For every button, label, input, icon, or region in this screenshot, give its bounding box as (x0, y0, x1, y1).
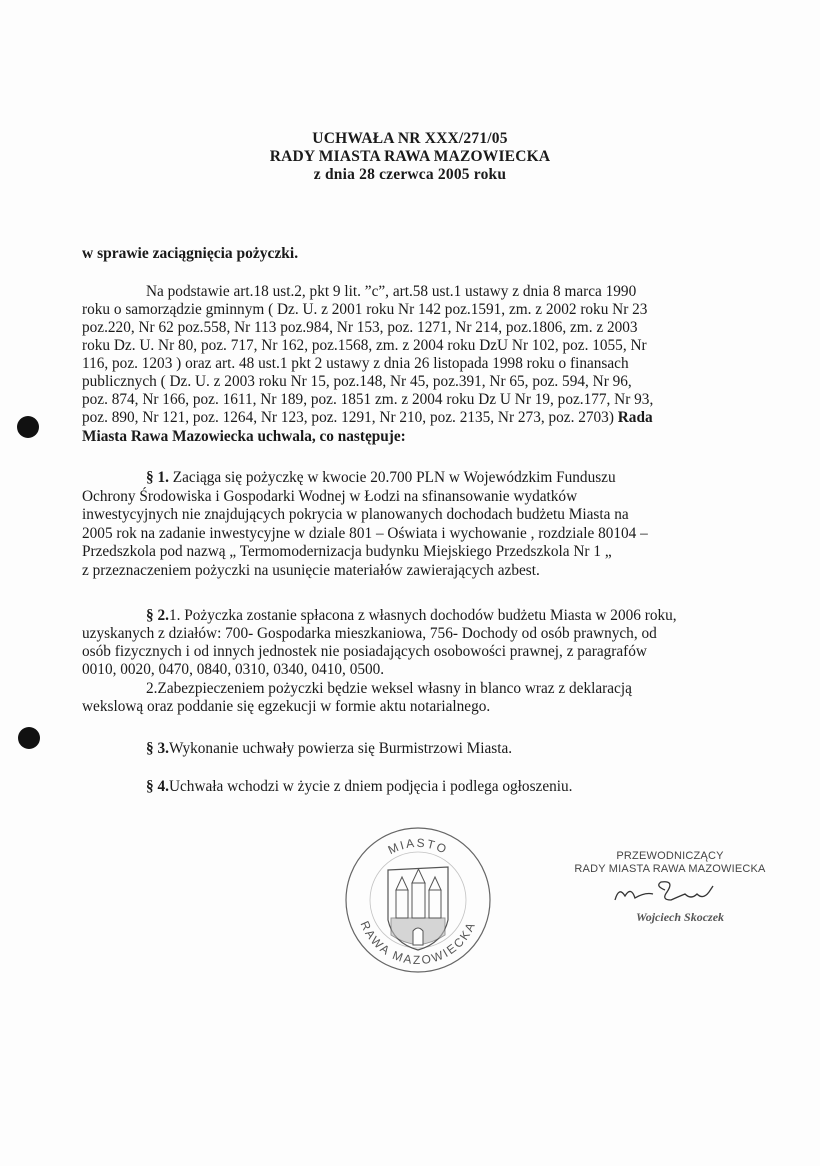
section-4-text: Uchwała wchodzi w życie z dniem podjęcia… (169, 778, 573, 795)
punch-hole-lower (18, 727, 40, 749)
section-1-line: inwestycyjnych nie znajdujących pokrycia… (82, 506, 629, 523)
enacting-clause: Miasta Rawa Mazowiecka uchwala, co nastę… (82, 428, 406, 445)
section-2-line: 2.Zabezpieczeniem pożyczki będzie weksel… (146, 680, 632, 697)
section-2-line: § 2.1. Pożyczka zostanie spłacona z włas… (146, 607, 677, 624)
section-4: § 4.Uchwała wchodzi w życie z dniem podj… (146, 778, 572, 795)
section-1-line: § 1. Zaciąga się pożyczkę w kwocie 20.70… (146, 469, 616, 486)
preamble-line: roku Dz. U. Nr 80, poz. 717, Nr 162, poz… (82, 337, 647, 354)
resolution-number: UCHWAŁA NR XXX/271/05 (0, 130, 820, 148)
handwritten-signature-icon (605, 878, 735, 908)
preamble-bold-tail: Rada (618, 409, 653, 426)
section-3-text: Wykonanie uchwały powierza się Burmistrz… (169, 740, 512, 757)
preamble-line: poz. 890, Nr 121, poz. 1264, Nr 123, poz… (82, 409, 653, 426)
city-seal-stamp: MIASTO RAWA MAZOWIECKA (343, 825, 493, 975)
preamble-line-text: poz. 890, Nr 121, poz. 1264, Nr 123, poz… (82, 409, 618, 426)
section-2-line: wekslową oraz poddanie się egzekucji w f… (82, 698, 490, 715)
punch-hole-upper (17, 416, 39, 438)
section-4-mark: § 4. (146, 778, 169, 795)
signatory-title: PRZEWODNICZĄCY (560, 850, 780, 863)
document-page: UCHWAŁA NR XXX/271/05 RADY MIASTA RAWA M… (0, 0, 820, 1166)
section-1-line: 2005 rok na zadanie inwestycyjne w dzial… (82, 525, 648, 542)
section-1-line: z przeznaczeniem pożyczki na usunięcie m… (82, 562, 540, 579)
section-1-line: Ochrony Środowiska i Gospodarki Wodnej w… (82, 488, 577, 505)
signature-block: PRZEWODNICZĄCY RADY MIASTA RAWA MAZOWIEC… (560, 850, 780, 925)
section-2-mark: § 2. (146, 607, 169, 624)
preamble-line: Na podstawie art.18 ust.2, pkt 9 lit. ”c… (146, 283, 636, 300)
section-3: § 3.Wykonanie uchwały powierza się Burmi… (146, 740, 512, 757)
resolution-subject: w sprawie zaciągnięcia pożyczki. (82, 245, 298, 263)
section-3-mark: § 3. (146, 740, 169, 757)
signatory-council: RADY MIASTA RAWA MAZOWIECKA (560, 863, 780, 876)
signatory-name: Wojciech Skoczek (560, 910, 780, 925)
svg-text:MIASTO: MIASTO (386, 836, 451, 857)
preamble-line: 116, poz. 1203 ) oraz art. 48 ust.1 pkt … (82, 355, 629, 372)
section-2-line: 0010, 0020, 0470, 0840, 0310, 0340, 0410… (82, 661, 384, 678)
section-2-text: 1. Pożyczka zostanie spłacona z własnych… (169, 607, 677, 624)
coat-of-arms-icon: MIASTO RAWA MAZOWIECKA (343, 825, 493, 975)
preamble-line: publicznych ( Dz. U. z 2003 roku Nr 15, … (82, 373, 632, 390)
section-2-line: uzyskanych z działów: 700- Gospodarka mi… (82, 625, 657, 642)
preamble-line: poz.220, Nr 62 poz.558, Nr 113 poz.984, … (82, 319, 638, 336)
section-1-mark: § 1. (146, 469, 169, 486)
section-2-line: osób fizycznych i od innych jednostek ni… (82, 643, 647, 660)
preamble-line: poz. 874, Nr 166, poz. 1611, Nr 189, poz… (82, 391, 653, 408)
section-1-text: Zaciąga się pożyczkę w kwocie 20.700 PLN… (169, 469, 616, 486)
council-name: RADY MIASTA RAWA MAZOWIECKA (0, 148, 820, 166)
preamble-line: roku o samorządzie gminnym ( Dz. U. z 20… (82, 301, 647, 318)
section-1-line: Przedszkola pod nazwą „ Termomodernizacj… (82, 543, 612, 560)
resolution-date: z dnia 28 czerwca 2005 roku (0, 166, 820, 184)
